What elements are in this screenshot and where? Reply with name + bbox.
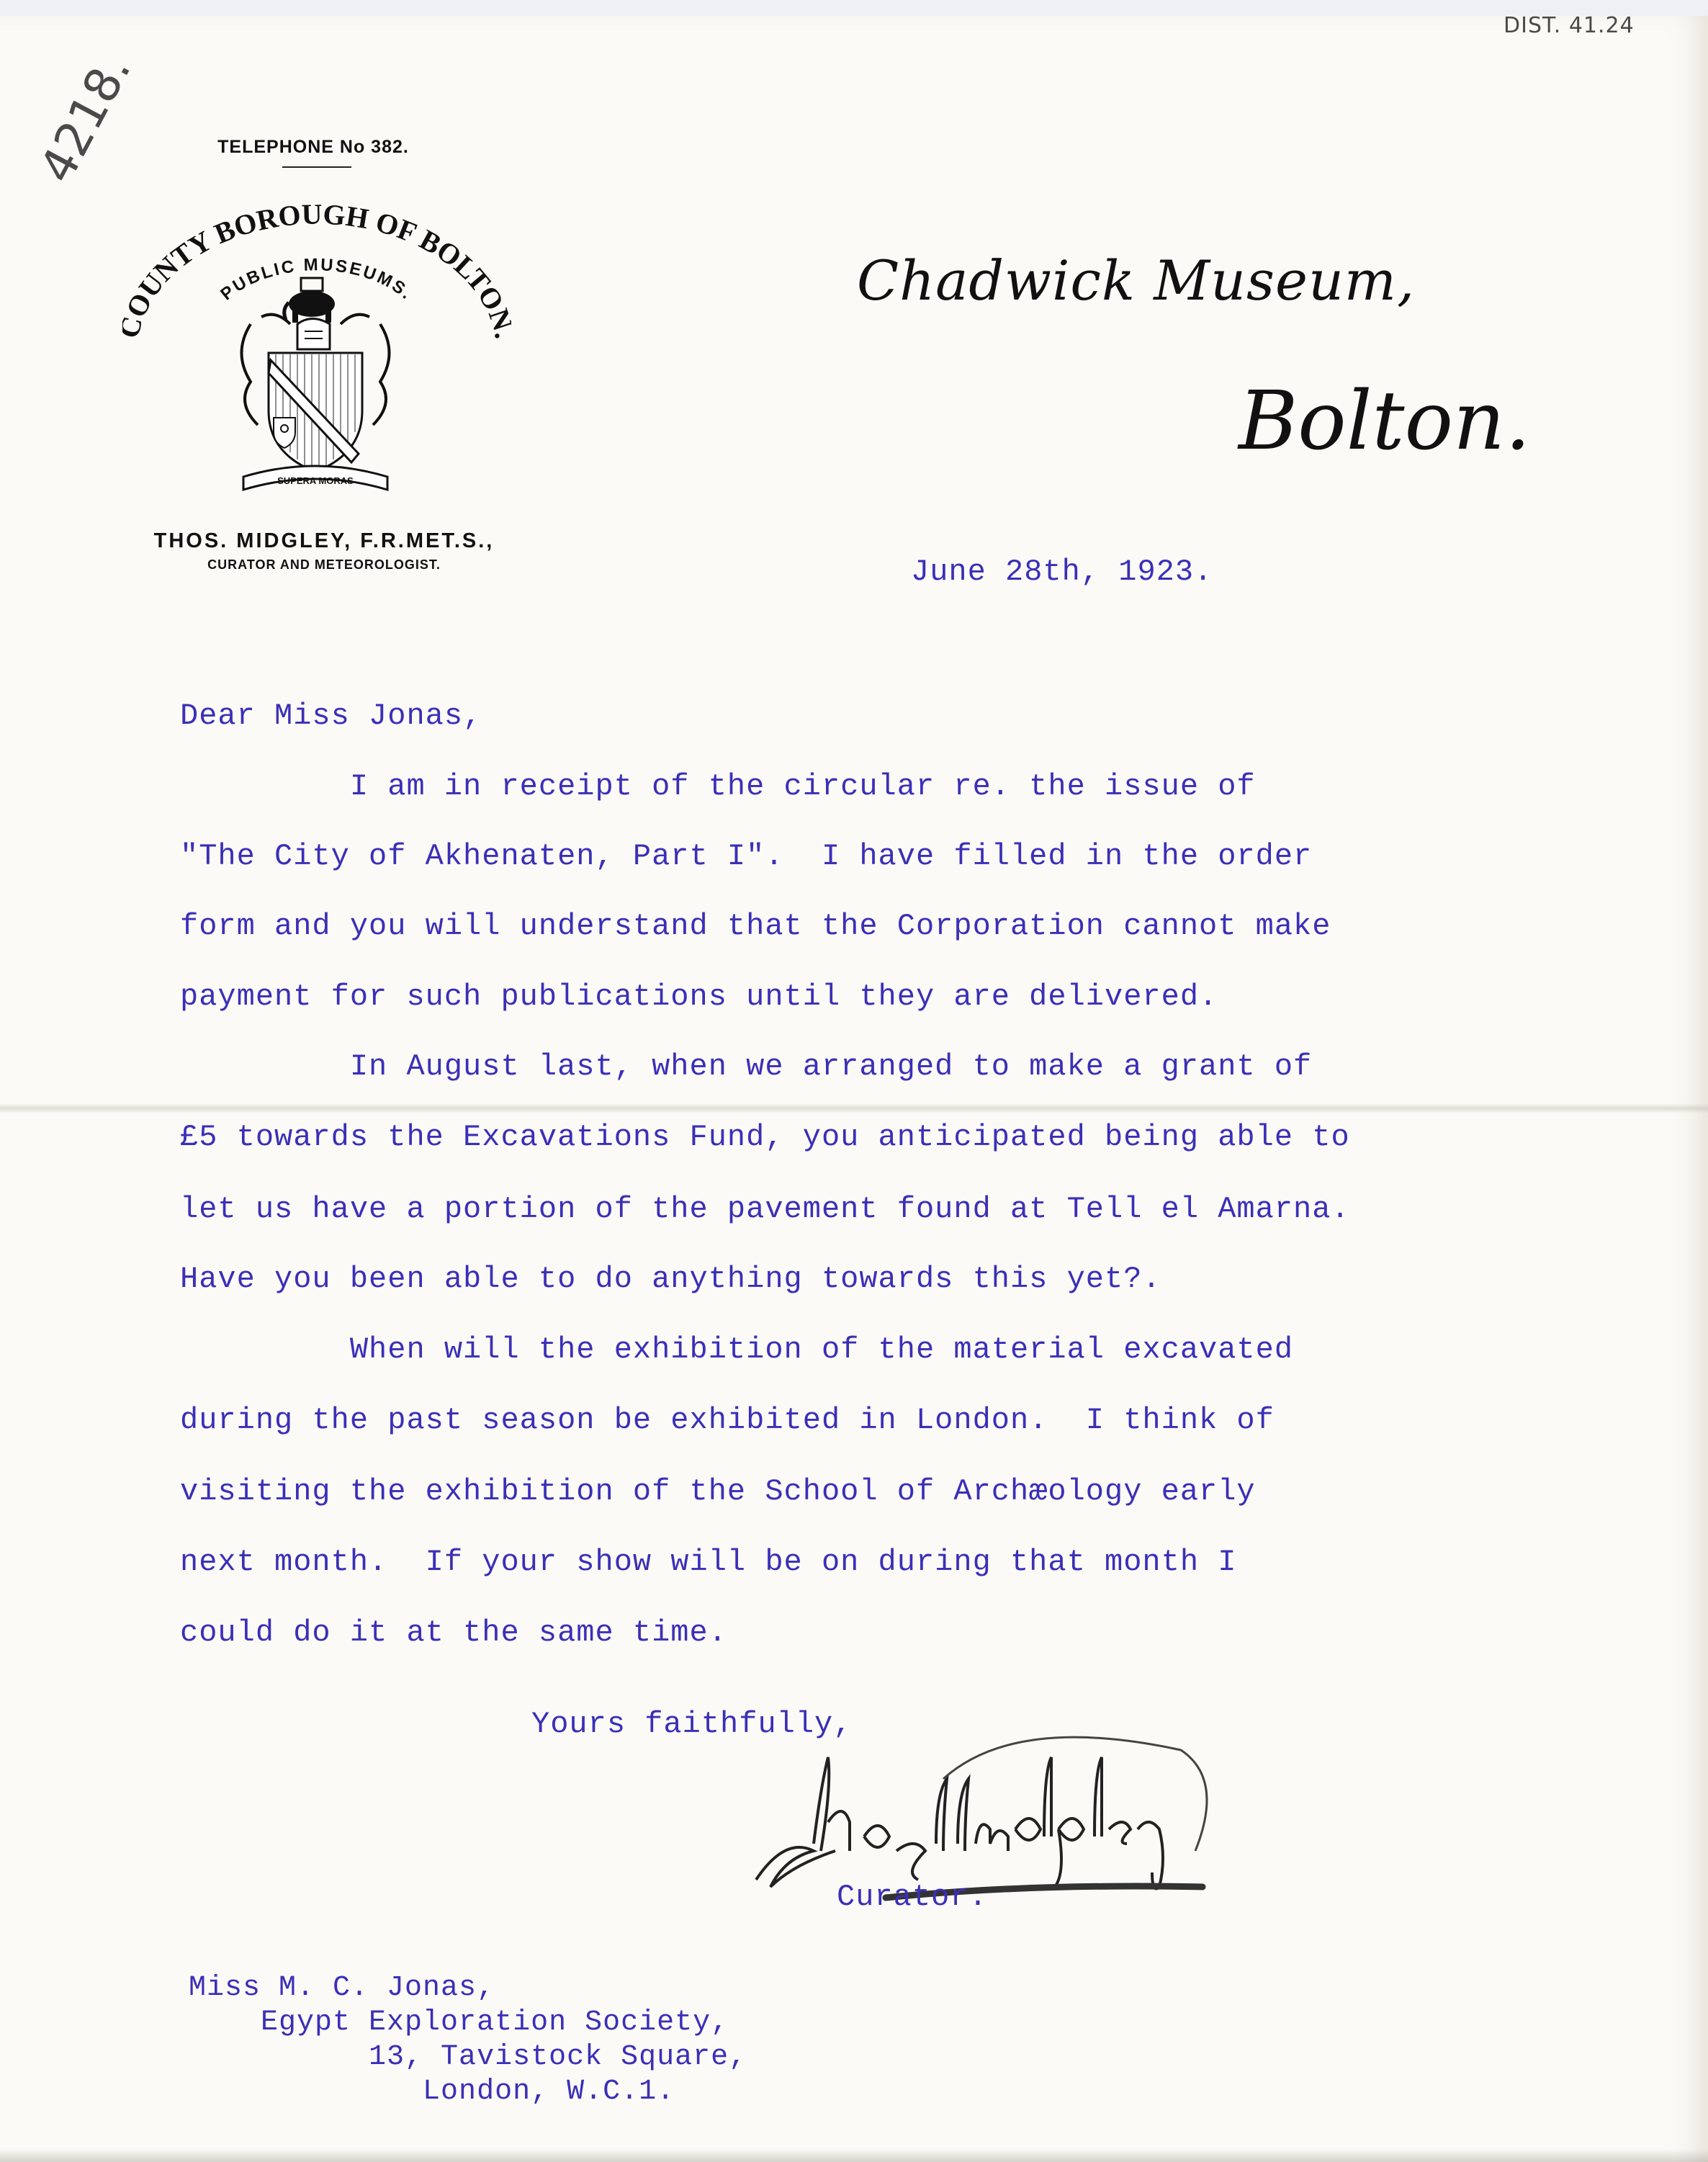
recipient-line: 13, Tavistock Square, [189, 2041, 747, 2073]
body-line: could do it at the same time. [180, 1615, 727, 1650]
proprietor-title: CURATOR AND METEOROLOGIST. [137, 557, 511, 573]
body-line: £5 towards the Excavations Fund, you ant… [180, 1120, 1350, 1154]
body-line: "The City of Akhenaten, Part I". I have … [180, 839, 1312, 874]
body-line: I am in receipt of the circular re. the … [180, 769, 1256, 804]
recipient-line: Egypt Exploration Society, [189, 2006, 729, 2039]
town-name: Bolton. [1239, 374, 1531, 468]
letterhead-left-block: TELEPHONE No 382. COUNTY BOROUGH OF BOLT… [122, 137, 511, 290]
letter-date: June 28th, 1923. [911, 555, 1213, 589]
coat-of-arms-icon: SUPERA MORAS [229, 274, 402, 497]
proprietor-name: THOS. MIDGLEY, F.R.MET.S., [137, 529, 511, 553]
body-line: When will the exhibition of the material… [180, 1332, 1293, 1367]
recipient-line: London, W.C.1. [189, 2076, 675, 2108]
body-line: next month. If your show will be on duri… [180, 1545, 1236, 1579]
proprietor-block: THOS. MIDGLEY, F.R.MET.S., CURATOR AND M… [137, 529, 511, 573]
paper-bottom-edge [0, 2149, 1708, 2162]
body-line: visiting the exhibition of the School of… [180, 1474, 1256, 1509]
body-line: form and you will understand that the Co… [180, 909, 1331, 943]
salutation: Dear Miss Jonas, [180, 699, 482, 733]
museum-name: Chadwick Museum, [857, 248, 1415, 313]
body-line: In August last, when we arranged to make… [180, 1049, 1312, 1084]
paper-fold-crease [0, 1103, 1708, 1113]
recipient-line: Miss M. C. Jonas, [189, 1972, 495, 2004]
body-line: let us have a portion of the pavement fo… [180, 1192, 1350, 1226]
signoff-title: Curator. [837, 1880, 988, 1914]
body-line: Have you been able to do anything toward… [180, 1262, 1161, 1296]
archive-reference: DIST. 41.24 [1504, 13, 1635, 38]
motto: SUPERA MORAS [277, 475, 354, 486]
telephone-number: TELEPHONE No 382. [115, 137, 511, 158]
body-line: during the past season be exhibited in L… [180, 1403, 1275, 1437]
divider [282, 166, 351, 168]
body-line: payment for such publications until they… [180, 979, 1218, 1014]
